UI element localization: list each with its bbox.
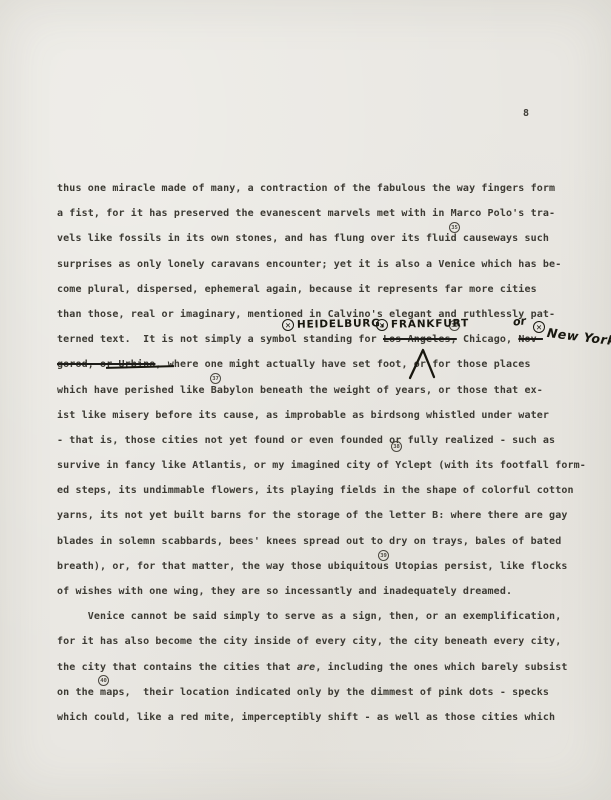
typed-line: ist like misery before its cause, as imp… — [57, 403, 597, 428]
typed-text: thus one miracle made of many, a contrac… — [57, 183, 555, 194]
insertion-x-icon: ✕ — [376, 319, 388, 331]
typed-text: Chicago, — [457, 334, 519, 345]
typed-line: breath), or, for that matter, the way th… — [57, 554, 597, 579]
typed-line: a fist, for it has preserved the evanesc… — [57, 201, 597, 226]
typed-text: survive in fancy like Atlantis, or my im… — [57, 460, 586, 471]
typed-text: come plural, dispersed, ephemeral again,… — [57, 284, 537, 295]
typed-line: surprises as only lonely caravans encoun… — [57, 252, 597, 277]
typed-text: are — [297, 662, 315, 673]
insertion-x-icon: ✕ — [533, 321, 545, 333]
typed-line: ed steps, its undimmable flowers, its pl… — [57, 478, 597, 503]
typed-text: the city that contains the cities that — [57, 662, 297, 673]
typed-line: yarns, its not yet built barns for the s… — [57, 503, 597, 528]
typed-line: Venice cannot be said simply to serve as… — [57, 604, 597, 629]
struck-text: gorod, or Urbino — [57, 359, 155, 370]
typed-text: breath), or, for that matter, the way th… — [57, 561, 568, 572]
typed-text: of wishes with one wing, they are so inc… — [57, 586, 512, 597]
page-number: 8 — [523, 108, 529, 119]
typed-line: survive in fancy like Atlantis, or my im… — [57, 453, 597, 478]
typed-line: which have perished like Babylon beneath… — [57, 378, 597, 403]
typed-text: a fist, for it has preserved the evanesc… — [57, 208, 555, 219]
typed-text: ed steps, its undimmable flowers, its pl… — [57, 485, 574, 496]
typed-text: - that is, those cities not yet found or… — [57, 435, 555, 446]
typed-line: terned text. It is not simply a symbol s… — [57, 327, 597, 352]
typed-text: which could, like a red mite, impercepti… — [57, 712, 555, 723]
typed-text: vels like fossils in its own stones, and… — [57, 233, 549, 244]
struck-text: Nov- — [518, 334, 543, 345]
typed-text: on the maps, their location indicated on… — [57, 687, 549, 698]
typed-line: thus one miracle made of many, a contrac… — [57, 176, 597, 201]
typed-line: - that is, those cities not yet found or… — [57, 428, 597, 453]
typed-line: which could, like a red mite, impercepti… — [57, 705, 597, 730]
note-number-causeways: 35 — [449, 222, 460, 233]
typed-line: blades in solemn scabbards, bees' knees … — [57, 529, 597, 554]
struck-text: Los Angeles, — [383, 334, 457, 345]
note-number-maps: 40 — [98, 675, 109, 686]
typed-line: come plural, dispersed, ephemeral again,… — [57, 277, 597, 302]
typed-text: , where one might actually have set foot… — [155, 359, 530, 370]
handwritten-city-heidelburg: HEIDELBURG, — [297, 317, 386, 331]
typed-text: which have perished like Babylon beneath… — [57, 385, 543, 396]
insertion-caret-icon — [406, 347, 438, 380]
typed-line: the city that contains the cities that a… — [57, 655, 597, 680]
typed-line: gorod, or Urbino, where one might actual… — [57, 352, 597, 377]
handwritten-or: or — [512, 314, 526, 328]
typed-text: terned text. It is not simply a symbol s… — [57, 334, 383, 345]
typed-text: for it has also become the city inside o… — [57, 636, 561, 647]
typed-line: for it has also become the city inside o… — [57, 629, 597, 654]
typed-text: Venice cannot be said simply to serve as… — [57, 611, 561, 622]
typed-line: on the maps, their location indicated on… — [57, 680, 597, 705]
note-number-breath: 39 — [378, 550, 389, 561]
typed-line: vels like fossils in its own stones, and… — [57, 226, 597, 251]
insertion-x-icon: ✕ — [282, 319, 294, 331]
note-number-yclept: 38 — [391, 441, 402, 452]
typed-text: blades in solemn scabbards, bees' knees … — [57, 536, 561, 547]
typed-text: , including the ones which barely subsis… — [315, 662, 567, 673]
typed-text-block: thus one miracle made of many, a contrac… — [57, 176, 597, 730]
typed-text: yarns, its not yet built barns for the s… — [57, 510, 568, 521]
typed-text: ist like misery before its cause, as imp… — [57, 410, 549, 421]
typed-text: surprises as only lonely caravans encoun… — [57, 259, 561, 270]
typed-line: of wishes with one wing, they are so inc… — [57, 579, 597, 604]
note-number-babylon: 37 — [210, 373, 221, 384]
handwritten-city-frankfurt: FRANKFURT — [391, 317, 469, 330]
